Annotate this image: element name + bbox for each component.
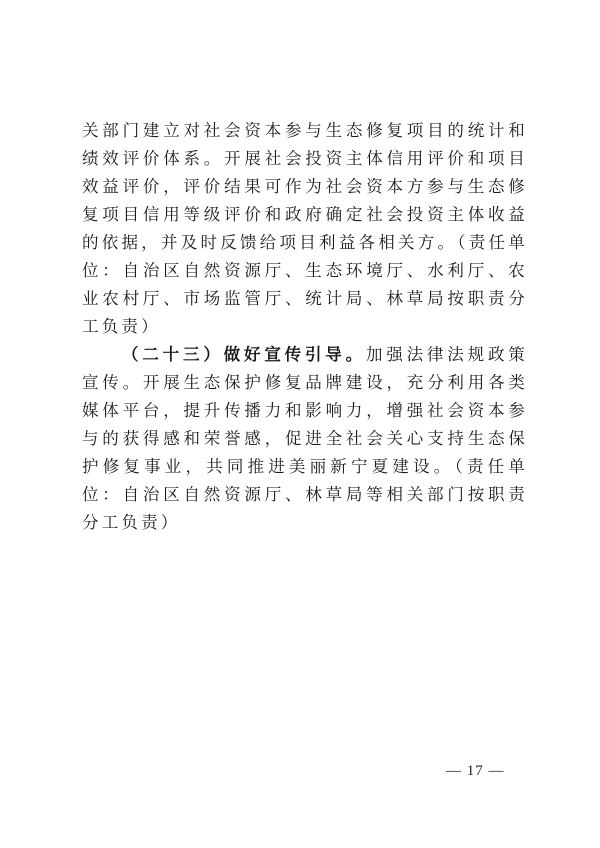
document-body: 关部门建立对社会资本参与生态修复项目的统计和绩效评价体系。开展社会投资主体信用评… bbox=[82, 117, 528, 537]
page-number: — 17 — bbox=[446, 763, 505, 780]
paragraph-continued: 关部门建立对社会资本参与生态修复项目的统计和绩效评价体系。开展社会投资主体信用评… bbox=[82, 117, 528, 341]
document-page: 关部门建立对社会资本参与生态修复项目的统计和绩效评价体系。开展社会投资主体信用评… bbox=[0, 0, 600, 848]
section-heading: （二十三）做好宣传引导。 bbox=[122, 345, 366, 364]
paragraph-section-23: （二十三）做好宣传引导。加强法律法规政策宣传。开展生态保护修复品牌建设，充分利用… bbox=[82, 341, 528, 537]
